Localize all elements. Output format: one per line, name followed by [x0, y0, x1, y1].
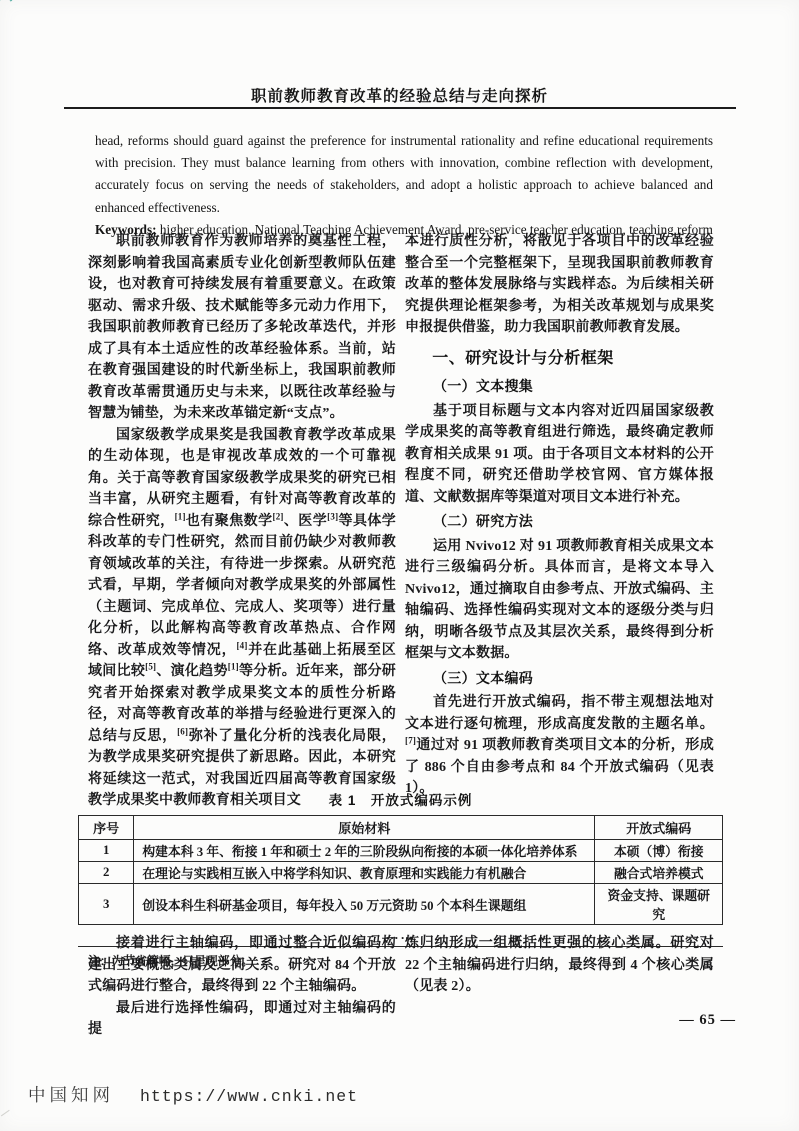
bottom-right-column: 炼归纳形成一组概括性更强的核心类属。研究对 22 个主轴编码进行归纳，最终得到 …: [405, 933, 714, 998]
literature-review-paragraph: 国家级教学成果奖是我国教育教学改革成果的生动体现，也是审视改革成效的一个可靠视角…: [88, 425, 396, 812]
research-method-paragraph: 运用 Nvivo12 对 91 项教师教育相关成果文本进行三级编码分析。具体而言…: [405, 536, 714, 665]
row3-no: 3: [79, 884, 134, 925]
page-number: — 65 —: [600, 1012, 736, 1029]
table1-header-material: 原始材料: [134, 816, 595, 840]
scan-artifact-mark: [0, 0, 15, 14]
axial-coding-paragraph: 接着进行主轴编码，即通过整合近似编码构建出主要概念类属及之间关系。研究对 84 …: [88, 933, 396, 998]
row1-no: 1: [79, 840, 134, 862]
table1-header-row: 序号 原始材料 开放式编码: [79, 816, 723, 840]
intro-paragraph: 职前教师教育作为教师培养的奠基性工程，深刻影响着我国高素质专业化创新型教师队伍建…: [88, 231, 396, 425]
selective-coding-paragraph: 最后进行选择性编码，即通过对主轴编码的提: [88, 998, 396, 1041]
subsection-heading-1a: （一）文本搜集: [405, 376, 714, 398]
table1-caption: 表 1 开放式编码示例: [78, 789, 723, 809]
text-collection-paragraph: 基于项目标题与文本内容对近四届国家级教学成果奖的高等教育组进行筛选，最终确定教师…: [405, 401, 714, 509]
header-divider-rule: [64, 107, 736, 109]
section-heading-1: 一、研究设计与分析框架: [405, 348, 714, 370]
row1-code: 本硕（博）衔接: [595, 840, 723, 862]
right-text-column: 本进行质性分析，将散见于各项目中的改革经验整合至一个完整框架下，呈现我国职前教师…: [405, 231, 714, 800]
scanned-paper-page: 职前教师教育改革的经验总结与走向探析 head, reforms should …: [0, 0, 799, 1131]
table-row: 1 构建本科 3 年、衔接 1 年和硕士 2 年的三阶段纵向衔接的本硕一体化培养…: [79, 840, 723, 862]
subsection-heading-1c: （三）文本编码: [405, 668, 714, 690]
table-row: 2 在理论与实践相互嵌入中将学科知识、教育原理和实践能力有机融合 融合式培养模式: [79, 862, 723, 884]
abstract-continuation-paragraph: head, reforms should guard against the p…: [95, 130, 713, 219]
scan-artifact-mark-bottom: [1, 1110, 13, 1121]
row2-material: 在理论与实践相互嵌入中将学科知识、教育原理和实践能力有机融合: [134, 862, 595, 884]
cnki-footer: 中国知网 https://www.cnki.net: [28, 1082, 548, 1107]
subsection-heading-1b: （二）研究方法: [405, 511, 714, 533]
row3-code: 资金支持、课题研究: [595, 884, 723, 925]
table1: 序号 原始材料 开放式编码 1 构建本科 3 年、衔接 1 年和硕士 2 年的三…: [78, 815, 723, 925]
cnki-url-text: https://www.cnki.net: [140, 1087, 358, 1106]
running-header-title: 职前教师教育改革的经验总结与走向探析: [0, 84, 799, 106]
cnki-brand-text: 中国知网: [28, 1082, 114, 1107]
selective-coding-continuation-paragraph: 炼归纳形成一组概括性更强的核心类属。研究对 22 个主轴编码进行归纳，最终得到 …: [405, 933, 714, 998]
text-coding-paragraph: 首先进行开放式编码，指不带主观想法地对文本进行逐句梳理，形成高度发散的主题名单。…: [405, 692, 714, 800]
intro-continuation-paragraph: 本进行质性分析，将散见于各项目中的改革经验整合至一个完整框架下，呈现我国职前教师…: [405, 231, 714, 339]
row1-material: 构建本科 3 年、衔接 1 年和硕士 2 年的三阶段纵向衔接的本硕一体化培养体系: [134, 840, 595, 862]
table-row: 3 创设本科生科研基金项目，每年投入 50 万元资助 50 个本科生课题组 资金…: [79, 884, 723, 925]
table1-header-code: 开放式编码: [595, 816, 723, 840]
row2-code: 融合式培养模式: [595, 862, 723, 884]
bottom-left-column: 接着进行主轴编码，即通过整合近似编码构建出主要概念类属及之间关系。研究对 84 …: [88, 933, 396, 1041]
table1-header-no: 序号: [79, 816, 134, 840]
left-text-column: 职前教师教育作为教师培养的奠基性工程，深刻影响着我国高素质专业化创新型教师队伍建…: [88, 231, 396, 812]
row3-material: 创设本科生科研基金项目，每年投入 50 万元资助 50 个本科生课题组: [134, 884, 595, 925]
row2-no: 2: [79, 862, 134, 884]
english-abstract: head, reforms should guard against the p…: [95, 130, 713, 241]
